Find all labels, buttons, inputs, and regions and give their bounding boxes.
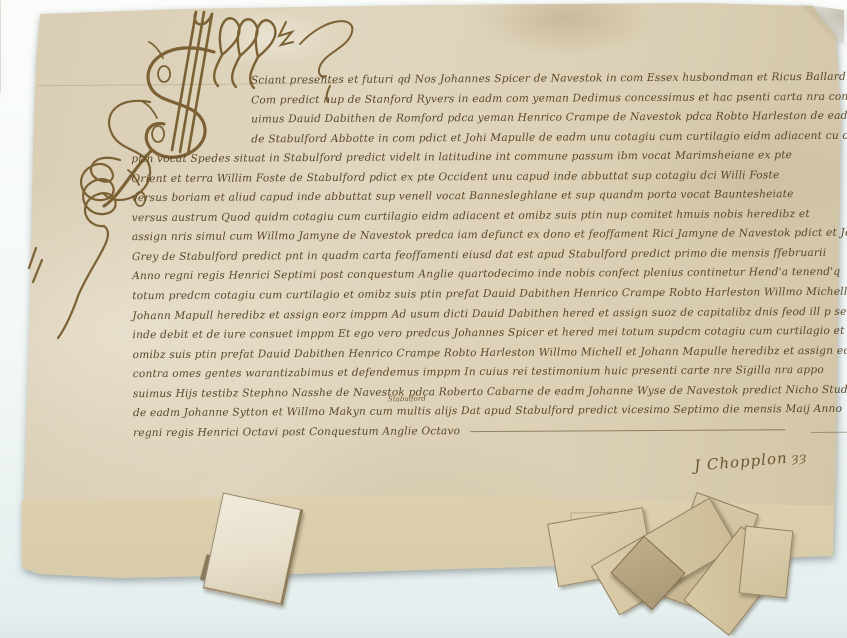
scanned-parchment-deed: Sciant presentes et futuri qd Nos Johann… bbox=[0, 0, 847, 638]
crease-line-vertical bbox=[0, 0, 1, 92]
line-filler-rule bbox=[470, 428, 785, 432]
manuscript-line-text: regni regis Henrici Octavi post Conquest… bbox=[133, 425, 460, 439]
signature-paraph: ȝȝ bbox=[791, 450, 808, 466]
seal-tag-strip bbox=[739, 526, 794, 599]
manuscript-text: Sciant presentes et futuri qd Nos Johann… bbox=[131, 68, 845, 444]
interlinear-insertion: Stabulford bbox=[388, 395, 426, 404]
line-filler-rule-short bbox=[811, 430, 847, 432]
